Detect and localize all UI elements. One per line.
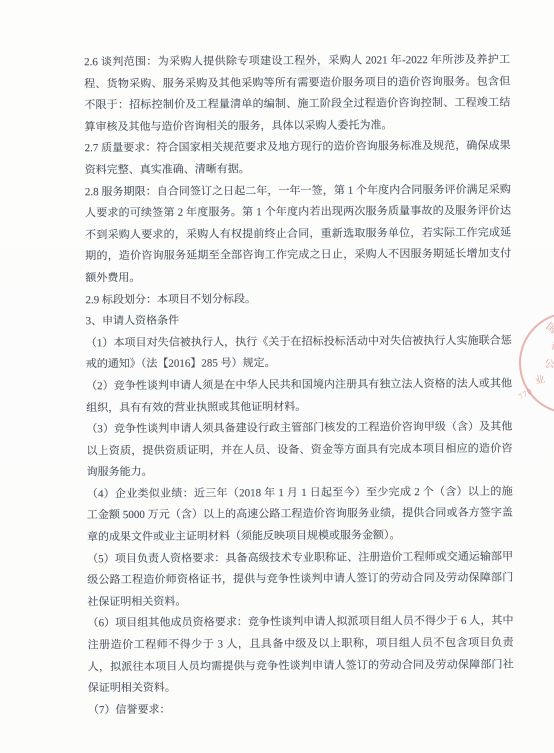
paragraph-item-3-qualification-grade: （3）竞争性谈判申请人须具备建设行政主管部门核发的工程造价咨询甲级（含）及其他以… — [86, 417, 512, 484]
seal-character: 公 — [544, 360, 554, 370]
seal-character: 业 — [534, 375, 546, 387]
paragraph-2-7-quality-requirements: 2.7 质量要求：符合国家相关规范要求及地方现行的造价咨询服务标准及规范，确保成… — [85, 136, 511, 182]
paragraph-2-8-service-term: 2.8 服务期限：自合同签订之日起二年，一年一签，第 1 个年度内合同服务评价满… — [85, 179, 512, 290]
paragraph-item-2-legal-person: （2）竞争性谈判申请人须是在中华人民共和国境内注册具有独立法人资格的法人或其他组… — [86, 374, 512, 420]
seal-character: 有 — [548, 341, 554, 354]
paragraph-2-6-negotiation-scope: 2.6 谈判范围：为采购人提供除专项建设工程外，采购人 2021 年-2022 … — [84, 50, 511, 139]
seal-character: 国 — [544, 322, 554, 336]
paragraph-item-7-credit-requirements: （7）信誉要求： — [88, 697, 514, 721]
red-official-seal-partial: 国 有 公 业 770 — [512, 305, 554, 420]
scanned-document-page: 2.6 谈判范围：为采购人提供除专项建设工程外，采购人 2021 年-2022 … — [0, 0, 554, 753]
paragraph-item-4-similar-performance: （4）企业类似业绩：近三年（2018 年 1 月 1 日起至今）至少完成 2 个… — [87, 482, 513, 549]
paragraph-2-9-section-division: 2.9 标段划分：本项目不划分标段。 — [85, 287, 511, 311]
document-body-text: 2.6 谈判范围：为采购人提供除专项建设工程外，采购人 2021 年-2022 … — [84, 50, 514, 722]
heading-3-applicant-qualifications: 3、申请人资格条件 — [86, 309, 512, 333]
paragraph-item-6-team-members: （6）项目组其他成员资格要求：竞争性谈判申请人拟派项目组人员不得少于 6 人，其… — [87, 611, 514, 700]
paragraph-item-1-dishonest-executee: （1）本项目对失信被执行人，执行《关于在招标投标活动中对失信被执行人实施联合惩戒… — [86, 330, 512, 376]
seal-digits: 770 — [517, 387, 534, 401]
paragraph-item-5-project-leader: （5）项目负责人资格要求：具备高级技术专业职称证、注册造价工程师或交通运输部甲级… — [87, 546, 513, 613]
